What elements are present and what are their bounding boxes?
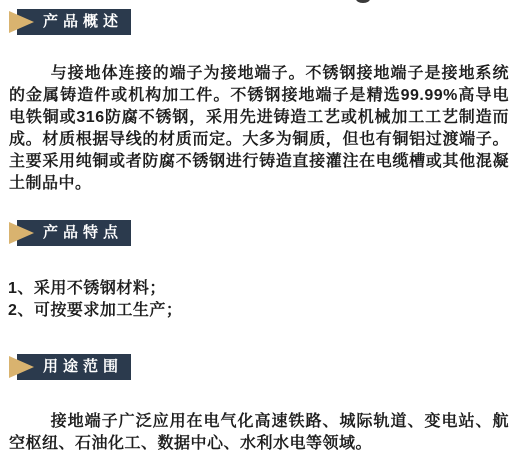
section-title-features: 产品特点 [43,224,123,241]
arrow-right-icon [9,11,34,33]
arrow-right-icon [9,222,34,244]
section-scope: 用途范围 接地端子广泛应用在电气化高速铁路、城际轨道、变电站、航空枢纽、石油化工… [0,322,518,455]
feature-item: 1、采用不锈钢材料； [8,278,509,300]
section-features: 产品特点 1、采用不锈钢材料； 2、可按要求加工生产； [0,195,518,322]
product-description-page: 产品概述 与接地体连接的端子为接地端子。不锈钢接地端子是接地系统的金属铸造件或机… [0,0,518,470]
feature-list: 1、采用不锈钢材料； 2、可按要求加工生产； [8,278,509,322]
section-header-features: 产品特点 [17,220,131,246]
feature-item: 2、可按要求加工生产； [8,300,509,322]
section-header-scope: 用途范围 [17,354,131,380]
section-header-overview: 产品概述 [17,9,131,35]
section-title-overview: 产品概述 [43,13,123,30]
overview-paragraph: 与接地体连接的端子为接地端子。不锈钢接地端子是接地系统的金属铸造件或机构加工件。… [9,63,509,195]
section-overview: 产品概述 与接地体连接的端子为接地端子。不锈钢接地端子是接地系统的金属铸造件或机… [0,0,518,195]
arrow-right-icon [9,356,34,378]
scope-paragraph: 接地端子广泛应用在电气化高速铁路、城际轨道、变电站、航空枢纽、石油化工、数据中心… [9,411,509,455]
section-title-scope: 用途范围 [43,358,123,375]
